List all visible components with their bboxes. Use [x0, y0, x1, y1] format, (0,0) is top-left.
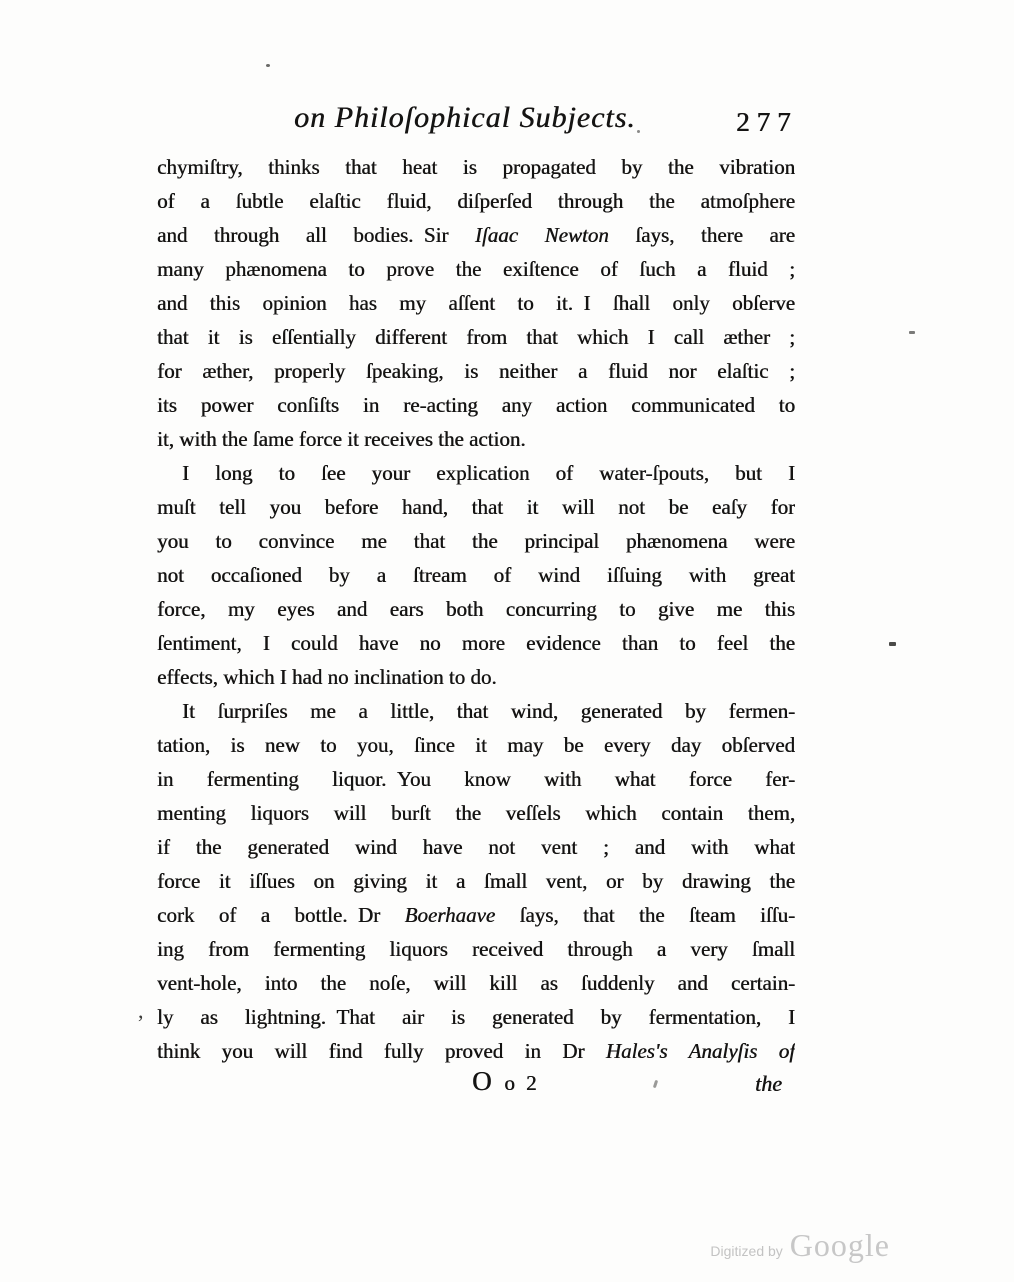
- page-number: 277: [736, 106, 798, 138]
- text-segment: ſays, that the ſteam iſſu-: [495, 903, 795, 927]
- text-line: for æther, properly ſpeaking, is neither…: [157, 354, 795, 388]
- text-line: menting liquors will burſt the veſſels w…: [157, 796, 795, 830]
- text-segment: vent-hole, into the noſe, will kill as ſ…: [157, 971, 795, 995]
- italic-text-segment: Iſaac Newton: [475, 223, 609, 247]
- text-line: cork of a bottle. Dr Boerhaave ſays, tha…: [157, 898, 795, 932]
- text-line: ing from fermenting liquors received thr…: [157, 932, 795, 966]
- text-segment: I long to ſee your explication of water-…: [182, 461, 795, 485]
- scan-artifact-comma: ,: [138, 998, 144, 1024]
- signature-mark-initial: O: [472, 1066, 495, 1096]
- text-segment: ly as lightning. That air is generated b…: [157, 1005, 795, 1029]
- text-segment: it, with the ſame force it receives the …: [157, 427, 526, 451]
- text-line: in fermenting liquor. You know with what…: [157, 762, 795, 796]
- text-segment: you to convince me that the principal ph…: [157, 529, 795, 553]
- text-segment: ing from fermenting liquors received thr…: [157, 937, 795, 961]
- text-segment: if the generated wind have not vent ; an…: [157, 835, 795, 859]
- text-line: ly as lightning. That air is generated b…: [157, 1000, 795, 1034]
- watermark-prefix: Digitized by: [710, 1243, 782, 1259]
- text-segment: that it is eſſentially different from th…: [157, 325, 795, 349]
- text-line: and through all bodies. Sir Iſaac Newton…: [157, 218, 795, 252]
- text-line: its power conſiſts in re-acting any acti…: [157, 388, 795, 422]
- text-segment: force, my eyes and ears both concurring …: [157, 597, 795, 621]
- text-segment: in fermenting liquor. You know with what…: [157, 767, 795, 791]
- scan-speck: [653, 1080, 658, 1089]
- text-segment: menting liquors will burſt the veſſels w…: [157, 801, 795, 825]
- text-segment: muſt tell you before hand, that it will …: [157, 495, 795, 519]
- text-line: chymiſtry, thinks that heat is propagate…: [157, 150, 795, 184]
- text-line: force, my eyes and ears both concurring …: [157, 592, 795, 626]
- scan-speck: [889, 642, 896, 646]
- text-segment: not occaſioned by a ſtream of wind iſſui…: [157, 563, 795, 587]
- text-segment: tation, is new to you, ſince it may be e…: [157, 733, 795, 757]
- italic-text-segment: Hales's Analyſis of: [606, 1039, 795, 1063]
- italic-text-segment: Boerhaave: [405, 903, 496, 927]
- scan-speck: [909, 331, 915, 334]
- text-segment: ſentiment, I could have no more evidence…: [157, 631, 795, 655]
- text-line: you to convince me that the principal ph…: [157, 524, 795, 558]
- text-segment: It ſurpriſes me a little, that wind, gen…: [182, 699, 795, 723]
- google-logo: Google: [790, 1227, 890, 1264]
- text-segment: cork of a bottle. Dr: [157, 903, 405, 927]
- text-segment: many phænomena to prove the exiſtence of…: [157, 257, 795, 281]
- text-segment: effects, which I had no inclination to d…: [157, 665, 497, 689]
- text-line: effects, which I had no inclination to d…: [157, 660, 795, 694]
- text-line: It ſurpriſes me a little, that wind, gen…: [157, 694, 795, 728]
- text-segment: and this opinion has my aſſent to it. I …: [157, 291, 795, 315]
- text-line: and this opinion has my aſſent to it. I …: [157, 286, 795, 320]
- text-line: think you will find fully proved in Dr H…: [157, 1034, 795, 1068]
- page-text: chymiſtry, thinks that heat is propagate…: [157, 150, 795, 1068]
- text-line: if the generated wind have not vent ; an…: [157, 830, 795, 864]
- scan-speck: [637, 130, 640, 133]
- book-page-scan: on Philoſophical Subjects. 277 chymiſtry…: [0, 0, 1014, 1282]
- text-line: I long to ſee your explication of water-…: [157, 456, 795, 490]
- text-line: not occaſioned by a ſtream of wind iſſui…: [157, 558, 795, 592]
- signature-mark-rest: o 2: [504, 1071, 539, 1095]
- text-line: tation, is new to you, ſince it may be e…: [157, 728, 795, 762]
- text-segment: think you will find fully proved in Dr: [157, 1039, 606, 1063]
- text-line: force it iſſues on giving it a ſmall ven…: [157, 864, 795, 898]
- text-segment: its power conſiſts in re-acting any acti…: [157, 393, 795, 417]
- text-line: of a ſubtle elaſtic fluid, diſperſed thr…: [157, 184, 795, 218]
- text-segment: force it iſſues on giving it a ſmall ven…: [157, 869, 795, 893]
- digitized-watermark: Digitized by Google: [710, 1227, 890, 1264]
- text-segment: chymiſtry, thinks that heat is propagate…: [157, 155, 795, 179]
- text-segment: and through all bodies. Sir: [157, 223, 475, 247]
- text-line: muſt tell you before hand, that it will …: [157, 490, 795, 524]
- signature-mark: O o 2: [472, 1064, 540, 1100]
- text-line: it, with the ſame force it receives the …: [157, 422, 795, 456]
- text-line: ſentiment, I could have no more evidence…: [157, 626, 795, 660]
- text-segment: of a ſubtle elaſtic fluid, diſperſed thr…: [157, 189, 795, 213]
- text-segment: for æther, properly ſpeaking, is neither…: [157, 359, 795, 383]
- scan-speck: [266, 64, 270, 67]
- text-line: that it is eſſentially different from th…: [157, 320, 795, 354]
- catchword: the: [755, 1068, 782, 1100]
- running-title: on Philoſophical Subjects.: [294, 100, 636, 136]
- text-line: vent-hole, into the noſe, will kill as ſ…: [157, 966, 795, 1000]
- text-line: many phænomena to prove the exiſtence of…: [157, 252, 795, 286]
- text-segment: ſays, there are: [609, 223, 795, 247]
